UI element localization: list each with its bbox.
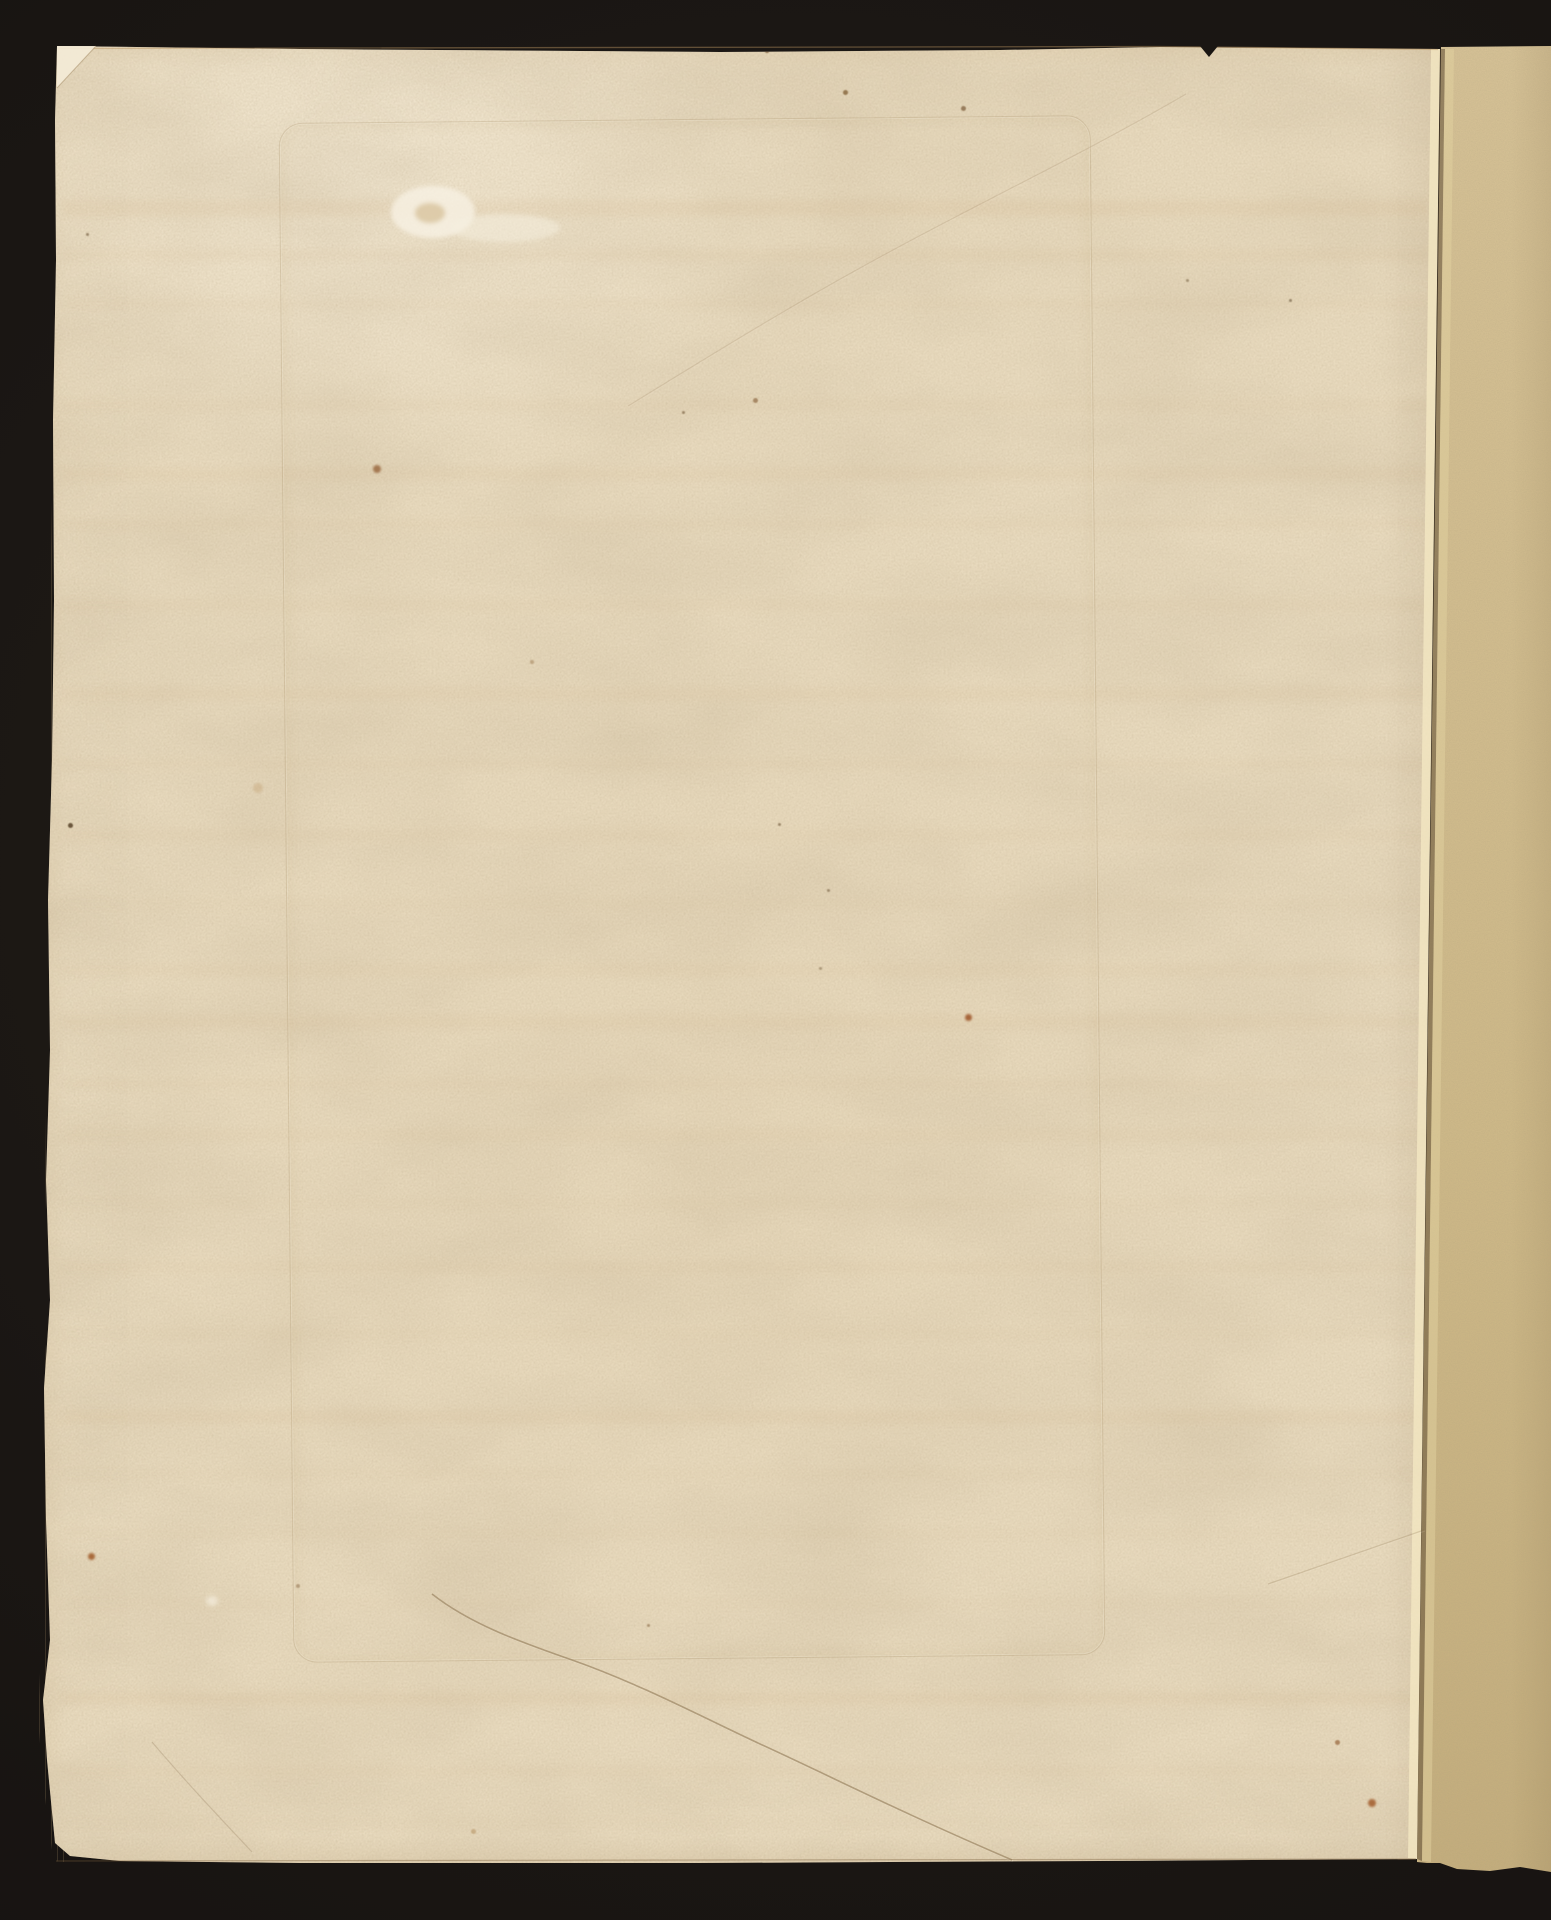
pale-ghost-spot [206,1596,218,1606]
foxing-spot [1186,279,1189,282]
discoloration-streak [62,1820,1428,1828]
blank-page [40,45,1442,1865]
discoloration-streak [62,1692,1428,1704]
discoloration-streak [62,1766,1428,1776]
foxing-spot [86,233,89,236]
foxing-spot [253,783,263,793]
foxing-spot [961,106,966,111]
foxing-spot [843,90,848,95]
book-scan-scene [0,0,1551,1920]
foxing-spot [68,823,73,828]
foxing-spot [1289,299,1292,302]
foxing-spot [471,1829,476,1834]
foxing-spot [1368,1799,1376,1807]
foxing-spot [88,1553,95,1560]
plate-mark-impression [279,115,1106,1663]
foxing-spot [1335,1740,1340,1745]
